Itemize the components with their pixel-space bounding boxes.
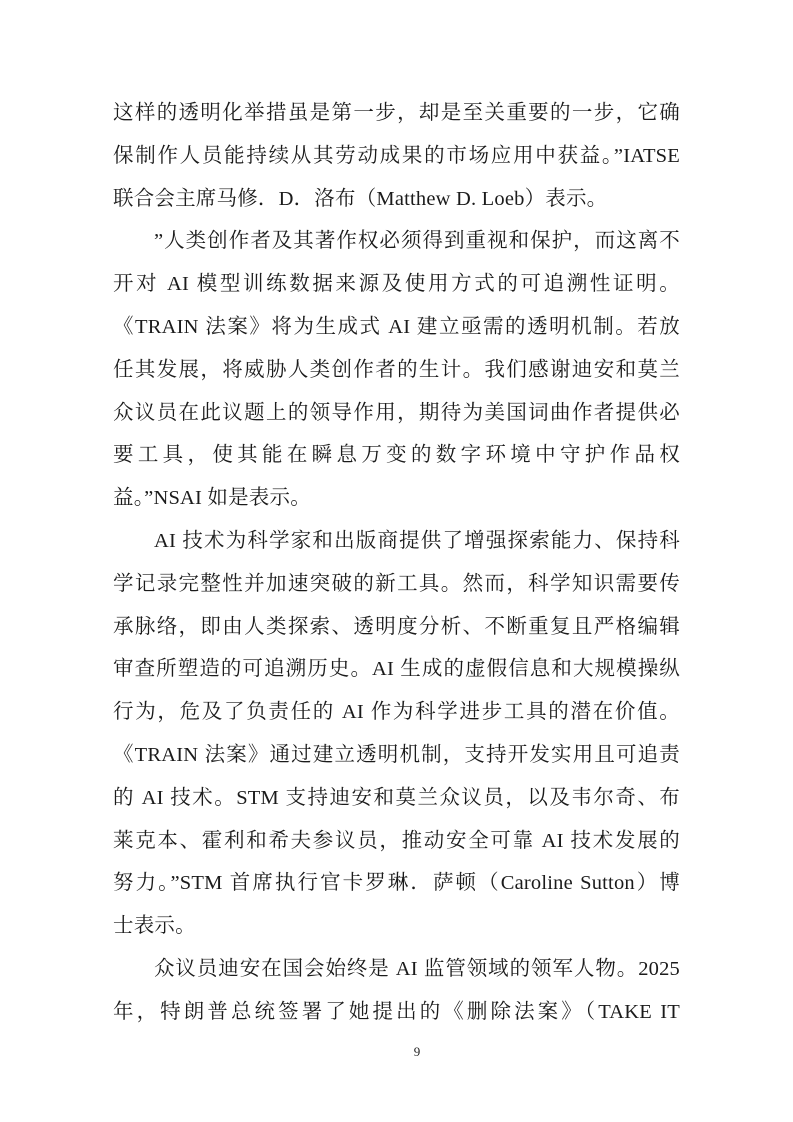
document-page: 这样的透明化举措虽是第一步，却是至关重要的一步，它确保制作人员能持续从其劳动成果… bbox=[0, 0, 793, 1122]
text-line: 《TRAIN 法案》将为生成式 AI 建立亟需的透明机制。若放 bbox=[113, 306, 680, 349]
text-line: 行为，危及了负责任的 AI 作为科学进步工具的潜在价值。 bbox=[113, 691, 680, 734]
text-line: 审查所塑造的可追溯历史。AI 生成的虚假信息和大规模操纵 bbox=[113, 648, 680, 691]
text-line: 这样的透明化举措虽是第一步，却是至关重要的一步，它确 bbox=[113, 92, 680, 135]
text-line: 的 AI 技术。STM 支持迪安和莫兰众议员，以及韦尔奇、布 bbox=[113, 777, 680, 820]
page-number: 9 bbox=[390, 1042, 444, 1062]
text-line: 努力。”STM 首席执行官卡罗琳．萨顿（Caroline Sutton）博 bbox=[113, 862, 680, 905]
text-line: 联合会主席马修．D．洛布（Matthew D. Loeb）表示。 bbox=[113, 178, 680, 221]
text-line: 莱克本、霍利和希夫参议员，推动安全可靠 AI 技术发展的 bbox=[113, 820, 680, 863]
text-line: 开对 AI 模型训练数据来源及使用方式的可追溯性证明。 bbox=[113, 263, 680, 306]
text-line: 益。”NSAI 如是表示。 bbox=[113, 477, 680, 520]
text-line: 要工具，使其能在瞬息万变的数字环境中守护作品权 bbox=[113, 434, 680, 477]
text-line: 众议员迪安在国会始终是 AI 监管领域的领军人物。2025 bbox=[113, 948, 680, 991]
text-line: AI 技术为科学家和出版商提供了增强探索能力、保持科 bbox=[113, 520, 680, 563]
text-line: 年，特朗普总统签署了她提出的《删除法案》（TAKE IT bbox=[113, 991, 680, 1034]
text-line: 保制作人员能持续从其劳动成果的市场应用中获益。”IATSE bbox=[113, 135, 680, 178]
text-line: 众议员在此议题上的领导作用，期待为美国词曲作者提供必 bbox=[113, 392, 680, 435]
text-line: 学记录完整性并加速突破的新工具。然而，科学知识需要传 bbox=[113, 563, 680, 606]
text-line: 承脉络，即由人类探索、透明度分析、不断重复且严格编辑 bbox=[113, 606, 680, 649]
text-line: 士表示。 bbox=[113, 905, 680, 948]
text-line: 《TRAIN 法案》通过建立透明机制，支持开发实用且可追责 bbox=[113, 734, 680, 777]
text-line: 任其发展，将威胁人类创作者的生计。我们感谢迪安和莫兰 bbox=[113, 349, 680, 392]
text-line: ”人类创作者及其著作权必须得到重视和保护，而这离不 bbox=[113, 220, 680, 263]
text-column: 这样的透明化举措虽是第一步，却是至关重要的一步，它确保制作人员能持续从其劳动成果… bbox=[113, 92, 680, 1034]
